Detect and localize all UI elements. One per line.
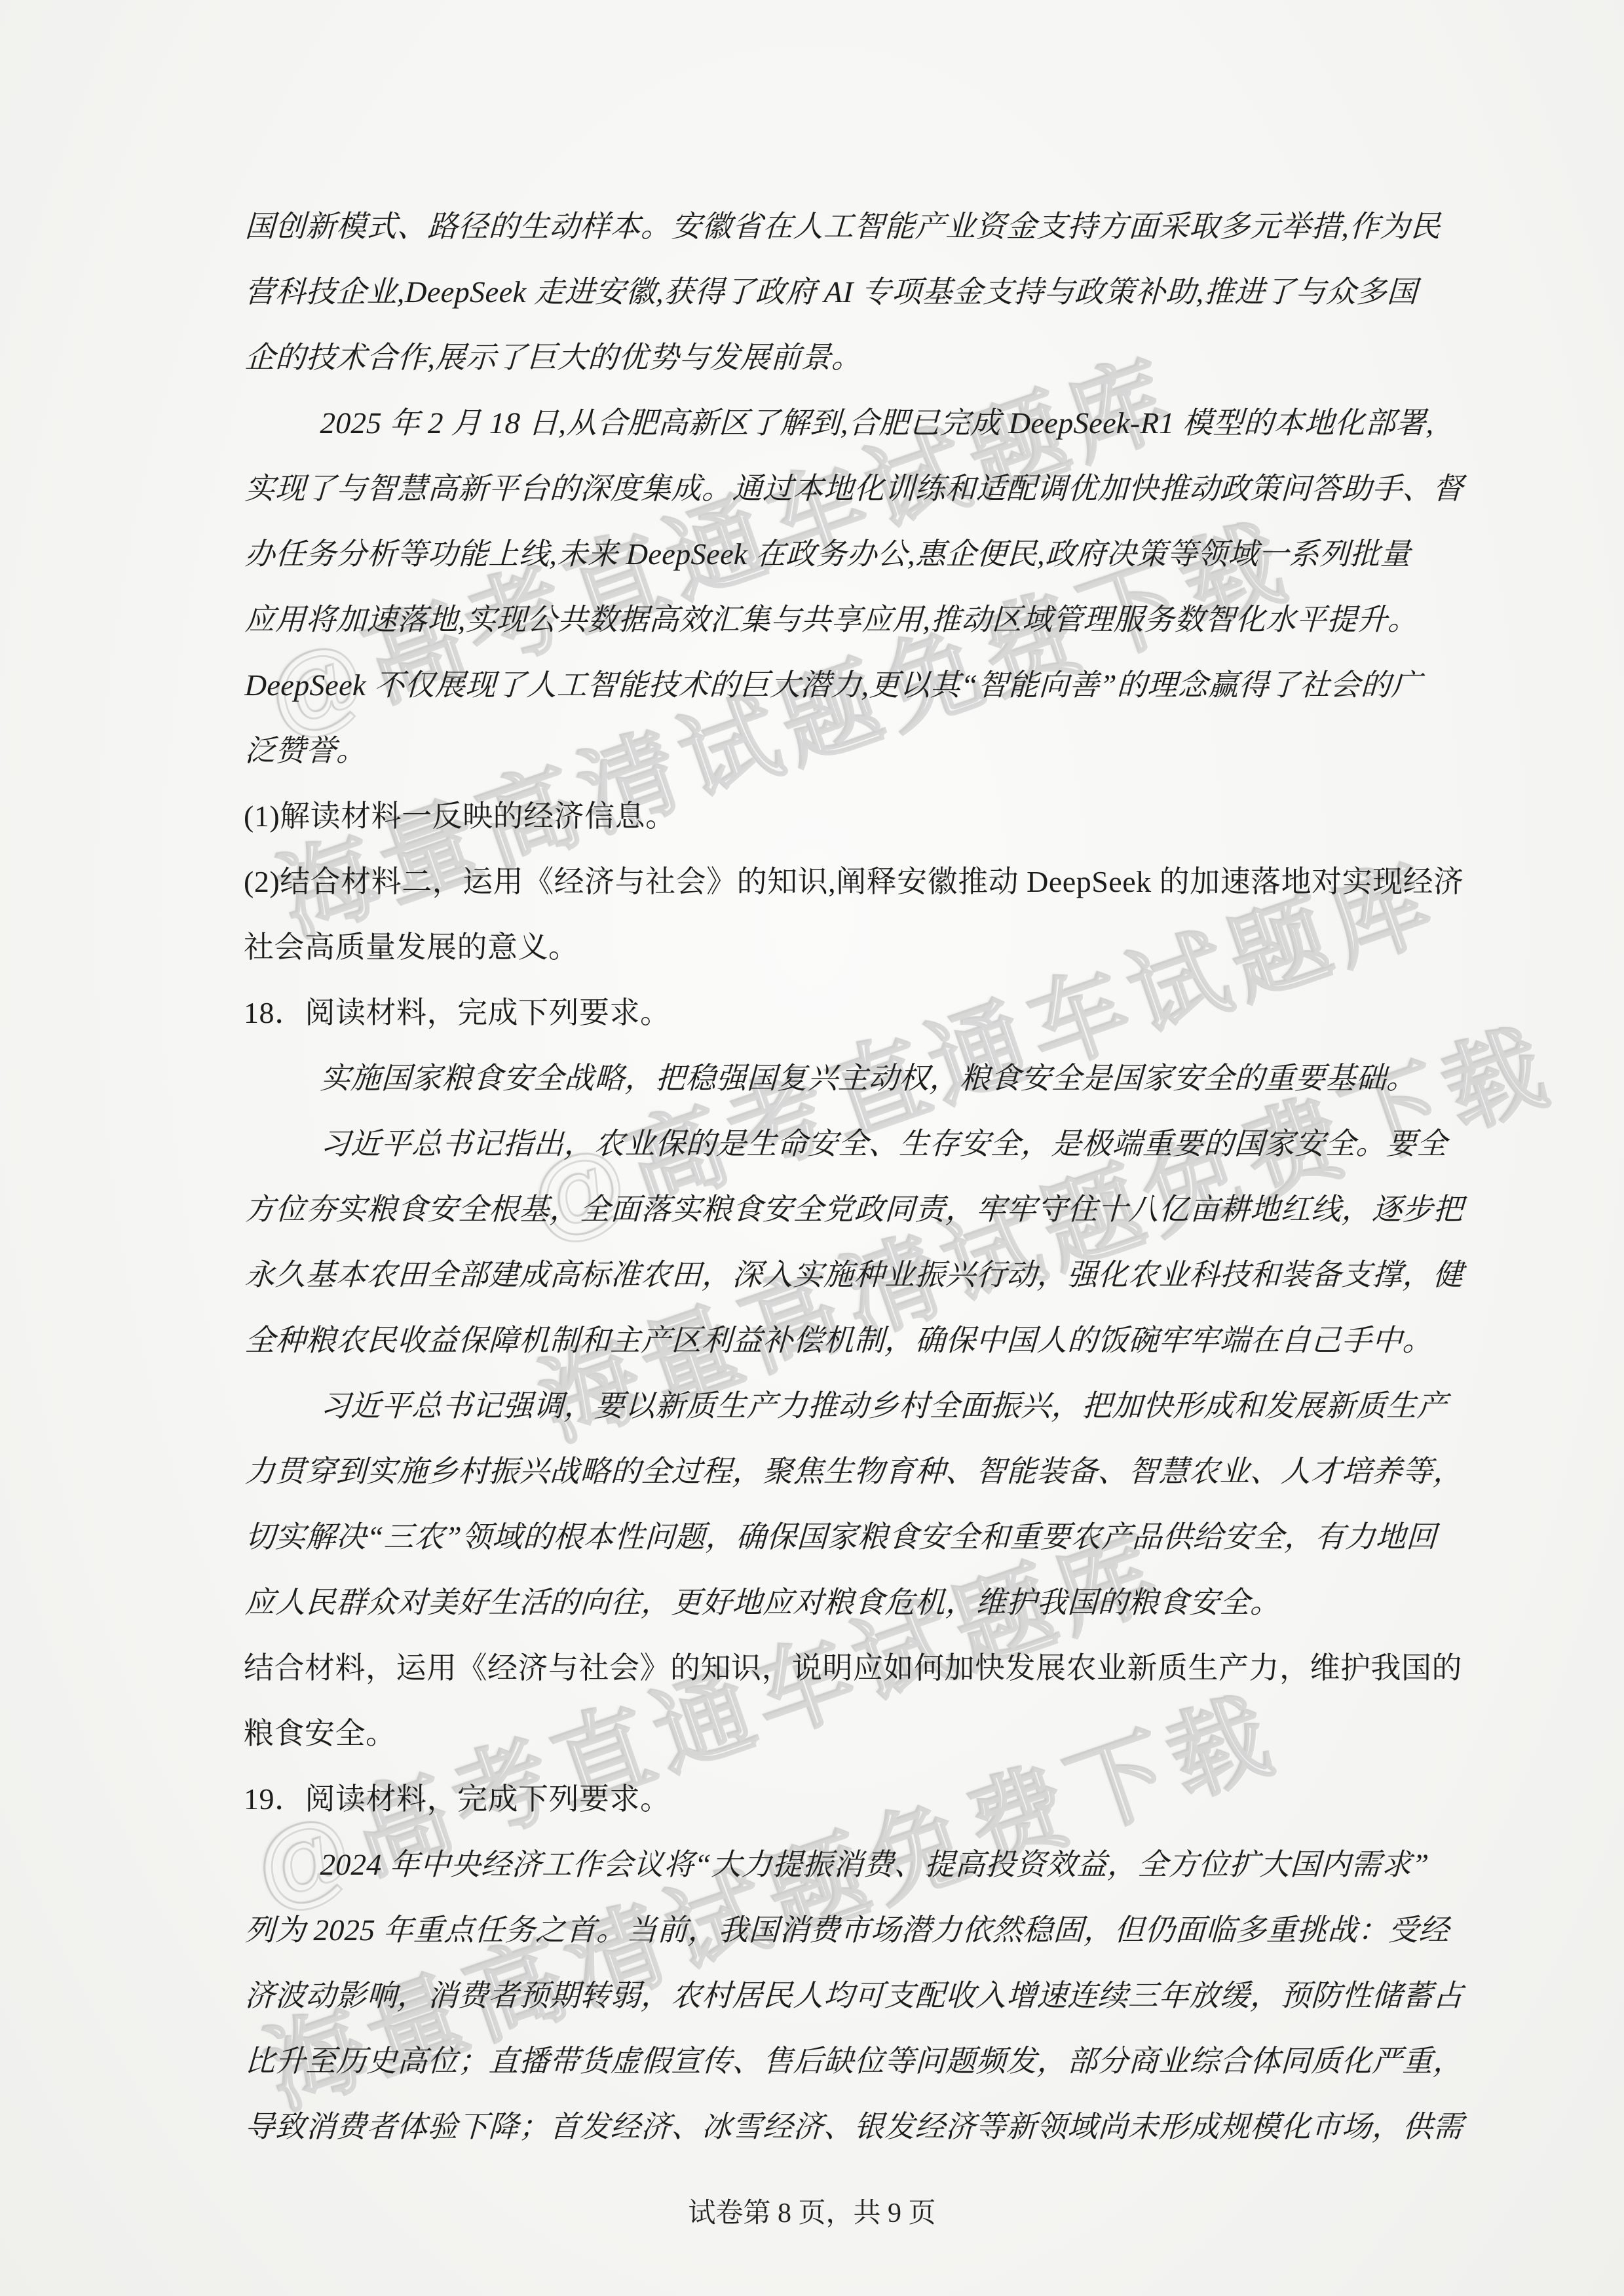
text-line: 粮食安全。 <box>244 1701 1389 1767</box>
text-line: 切实解决“三农”领域的根本性问题，确保国家粮食安全和重要农产品供给安全，有力地回 <box>244 1504 1391 1570</box>
text-line: 习近平总书记强调，要以新质生产力推动乡村全面振兴，把加快形成和发展新质生产 <box>244 1373 1391 1439</box>
text-line: DeepSeek 不仅展现了人工智能技术的巨大潜力,更以其“智能向善”的理念赢得… <box>244 653 1391 718</box>
exam-paper-page: @高考直通车试题库 海量高清试题免费下载 @高考直通车试题库 海量高清试题免费下… <box>0 0 1624 2296</box>
text-line: 方位夯实粮食安全根基，全面落实粮食安全党政同责，牢牢守住十八亿亩耕地红线，逐步把 <box>244 1177 1391 1242</box>
text-line: 企的技术合作,展示了巨大的优势与发展前景。 <box>244 325 1391 391</box>
text-line: 实施国家粮食安全战略，把稳强国复兴主动权，粮食安全是国家安全的重要基础。 <box>244 1046 1391 1111</box>
text-line: 国创新模式、路径的生动样本。安徽省在人工智能产业资金支持方面采取多元举措,作为民 <box>244 194 1391 259</box>
text-line: 应人民群众对美好生活的向往，更好地应对粮食危机，维护我国的粮食安全。 <box>244 1570 1391 1636</box>
text-line: 导致消费者体验下降；首发经济、冰雪经济、银发经济等新领域尚未形成规模化市场，供需 <box>244 2094 1391 2160</box>
text-line: 济波动影响，消费者预期转弱，农村居民人均可支配收入增速连续三年放缓，预防性储蓄占 <box>244 1963 1391 2029</box>
text-line: 习近平总书记指出，农业保的是生命安全、生存安全，是极端重要的国家安全。要全 <box>244 1111 1391 1177</box>
text-line: 结合材料，运用《经济与社会》的知识，说明应如何加快发展农业新质生产力，维护我国的 <box>244 1636 1389 1701</box>
text-line: 2024 年中央经济工作会议将“大力提振消费、提高投资效益，全方位扩大国内需求” <box>244 1832 1391 1898</box>
text-line: 力贯穿到实施乡村振兴战略的全过程，聚焦生物育种、智能装备、智慧农业、人才培养等， <box>244 1439 1391 1504</box>
text-line: 应用将加速落地,实现公共数据高效汇集与共享应用,推动区域管理服务数智化水平提升。 <box>244 587 1391 653</box>
text-line: 2025 年 2 月 18 日,从合肥高新区了解到,合肥已完成 DeepSeek… <box>244 391 1391 456</box>
page-footer: 试卷第 8 页，共 9 页 <box>0 2194 1624 2233</box>
text-line: (1)解读材料一反映的经济信息。 <box>244 784 1389 849</box>
text-line: 全种粮农民收益保障机制和主产区利益补偿机制，确保中国人的饭碗牢牢端在自己手中。 <box>244 1308 1391 1373</box>
text-line: 列为 2025 年重点任务之首。当前，我国消费市场潜力依然稳固，但仍面临多重挑战… <box>244 1898 1391 1963</box>
text-line: 18．阅读材料，完成下列要求。 <box>244 980 1389 1046</box>
text-line: 社会高质量发展的意义。 <box>244 915 1389 980</box>
text-line: 办任务分析等功能上线,未来 DeepSeek 在政务办公,惠企便民,政府决策等领… <box>244 522 1391 587</box>
text-line: 实现了与智慧高新平台的深度集成。通过本地化训练和适配调优加快推动政策问答助手、督 <box>244 456 1391 522</box>
text-line: 泛赞誉。 <box>244 718 1391 784</box>
text-line: 永久基本农田全部建成高标准农田，深入实施种业振兴行动，强化农业科技和装备支撑，健 <box>244 1242 1391 1308</box>
text-line: 比升至历史高位；直播带货虚假宣传、售后缺位等问题频发，部分商业综合体同质化严重， <box>244 2029 1391 2094</box>
text-line: 营科技企业,DeepSeek 走进安徽,获得了政府 AI 专项基金支持与政策补助… <box>244 259 1391 325</box>
document-lines: 国创新模式、路径的生动样本。安徽省在人工智能产业资金支持方面采取多元举措,作为民… <box>244 194 1389 2160</box>
text-line: 19．阅读材料，完成下列要求。 <box>244 1767 1389 1832</box>
text-line: (2)结合材料二，运用《经济与社会》的知识,阐释安徽推动 DeepSeek 的加… <box>244 849 1389 915</box>
